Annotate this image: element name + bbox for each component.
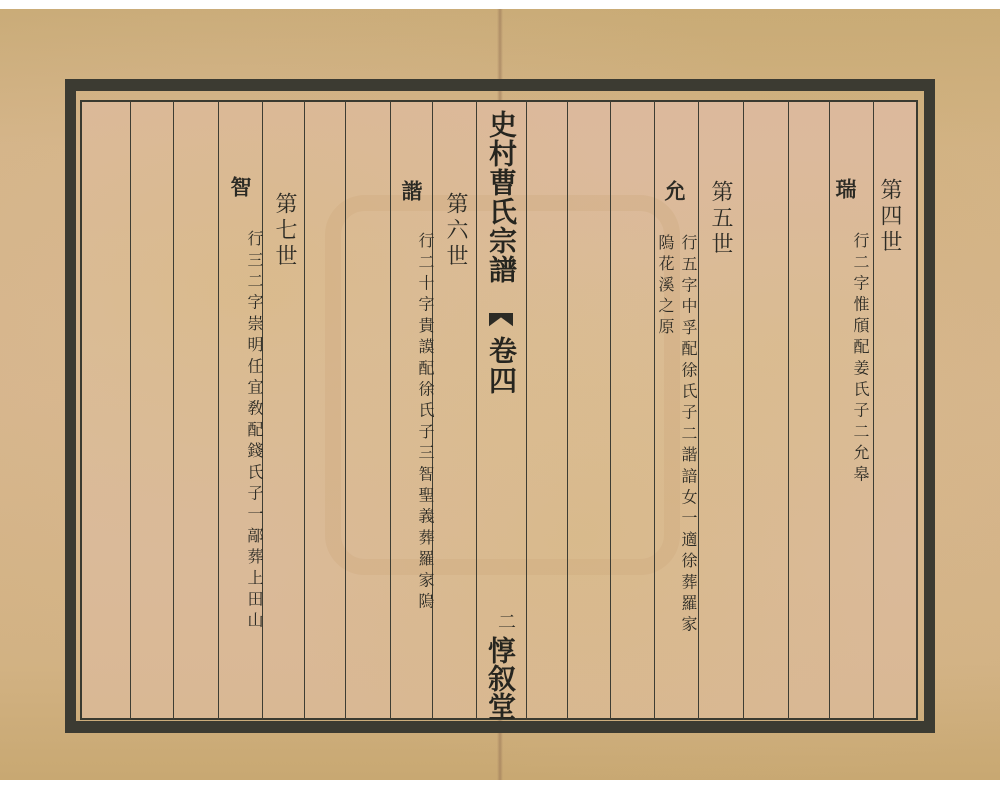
member-name: 諧 (401, 180, 422, 201)
generation-heading: 第四世 (878, 178, 900, 256)
column-rule (610, 100, 611, 720)
column-rule (304, 100, 305, 720)
column-rule (788, 100, 789, 720)
member-burial-note: 隖花溪之原 (657, 234, 673, 339)
member-name: 允 (664, 180, 685, 201)
member-record: 行五字中孚配徐氏子二諧諳女一適徐葬羅家 (680, 234, 696, 637)
column-rule (130, 100, 131, 720)
volume-label: 卷四 (486, 336, 516, 396)
member-name: 智 (230, 176, 251, 197)
generation-heading: 第七世 (273, 192, 295, 270)
column-rule (743, 100, 744, 720)
column-rule (698, 100, 699, 720)
page-number: 二 (492, 612, 518, 630)
column-rule (654, 100, 655, 720)
member-name: 瑞 (835, 178, 856, 199)
column-rule (829, 100, 830, 720)
column-rule (476, 100, 477, 720)
member-record: 行二字惟頎配姜氏子二允皋 (852, 232, 868, 486)
hall-name: 惇叙堂 (486, 636, 514, 720)
column-rule (567, 100, 568, 720)
book-title: 史村曹氏宗譜 (487, 110, 515, 284)
generation-heading: 第六世 (444, 192, 466, 270)
column-rule (390, 100, 391, 720)
generation-heading: 第五世 (709, 180, 731, 258)
column-rule (345, 100, 346, 720)
column-rule (173, 100, 174, 720)
column-rule (873, 100, 874, 720)
member-record: 行二十字貴謨配徐氏子三智聖義葬羅家隖 (417, 232, 433, 614)
column-rule (526, 100, 527, 720)
member-record: 行三二字崇明任宜敎配錢氏子一鄗葬上田山 (246, 230, 262, 633)
column-rule (218, 100, 219, 720)
